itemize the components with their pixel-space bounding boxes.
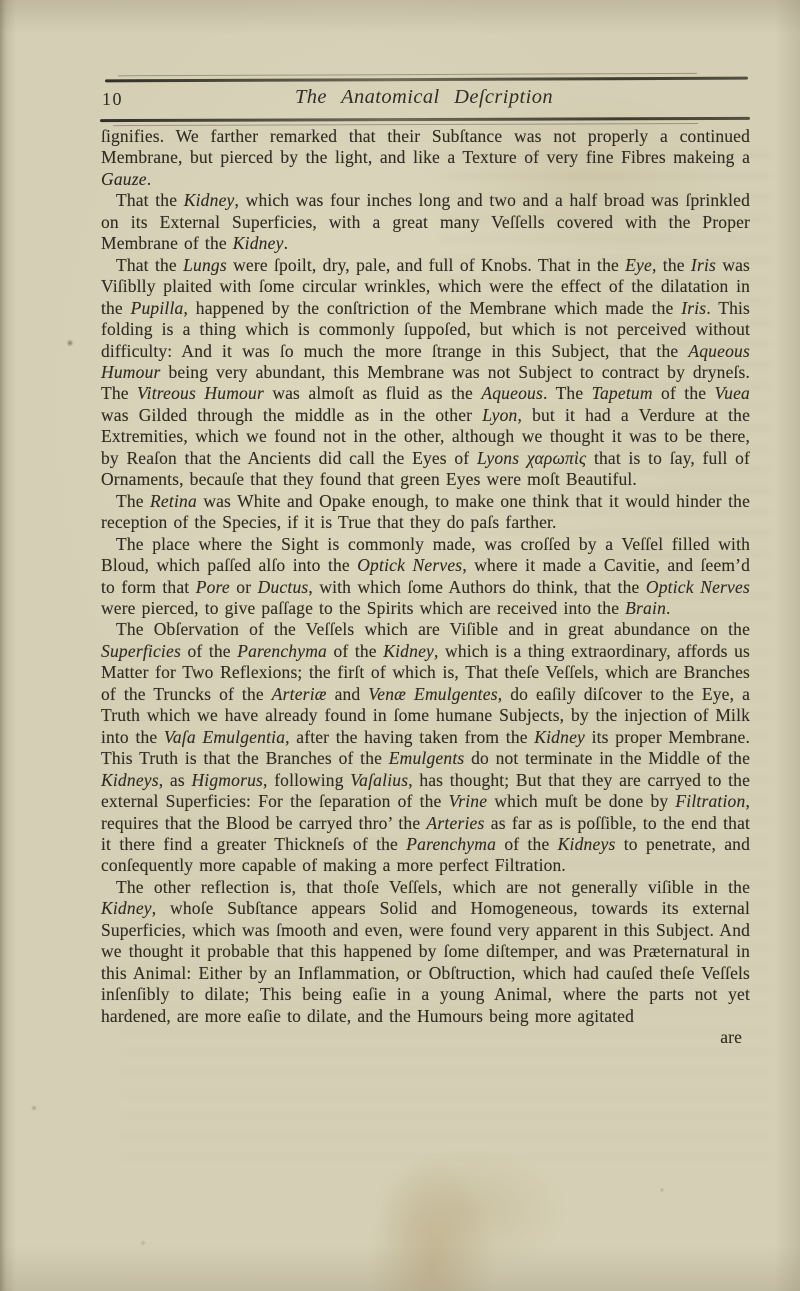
body-run: , with which ſome Authors do think, that… — [308, 577, 645, 597]
italic-term: Kidneys — [558, 834, 616, 854]
italic-term: Kidney — [383, 641, 434, 661]
paragraph: That the Kidney, which was four inches l… — [101, 190, 750, 254]
paragraph: That the Lungs were ſpoilt, dry, pale, a… — [101, 255, 750, 491]
paragraph: ſignifies. We farther remarked that thei… — [101, 126, 750, 190]
paragraph: The place where the Sight is commonly ma… — [101, 534, 750, 620]
italic-term: Tapetum — [592, 383, 653, 403]
italic-term: Aqueous — [481, 383, 543, 403]
italic-term: Vrine — [449, 791, 488, 811]
body-run: , after the having taken from the — [285, 727, 534, 747]
italic-term: Iris — [691, 255, 716, 275]
body-run: The Obſervation of the Veſſels which are… — [116, 619, 750, 639]
body-run: , the — [652, 255, 691, 275]
italic-term: Superficies — [101, 641, 181, 661]
body-run: . — [284, 233, 289, 253]
italic-term: Eye — [625, 255, 652, 275]
italic-term: Lungs — [183, 255, 227, 275]
body-run: was almoſt as fluid as the — [264, 383, 481, 403]
italic-term: Gauze — [101, 169, 147, 189]
book-page-scan: { "page": { "number": "10", "running_tit… — [0, 0, 800, 1291]
italic-term: Iris — [681, 298, 706, 318]
italic-term: Lyon — [482, 405, 517, 425]
italic-term: Retina — [150, 491, 197, 511]
italic-term: Venæ Emulgentes — [368, 684, 497, 704]
italic-term: Vitreous Humour — [137, 383, 264, 403]
body-run: and — [327, 684, 369, 704]
body-run: of the — [496, 834, 558, 854]
body-run: of the — [327, 641, 383, 661]
body-run: of the — [653, 383, 715, 403]
italic-term: Kidney — [534, 727, 585, 747]
paragraph: The Retina was White and Opake enough, t… — [101, 491, 750, 534]
italic-term: Filtration — [675, 791, 745, 811]
body-run: , as — [159, 770, 192, 790]
body-run: , whoſe Subſtance appears Solid and Homo… — [101, 898, 750, 1025]
italic-term: Parenchyma — [237, 641, 327, 661]
body-run: That the — [116, 255, 183, 275]
body-run: . — [147, 169, 152, 189]
italic-term: Kidney — [233, 233, 284, 253]
body-run: That the — [116, 190, 184, 210]
body-run: were pierced, to give paſſage to the Spi… — [101, 598, 625, 618]
body-run: of the — [181, 641, 237, 661]
running-title: The Anatomical Deſcription — [100, 86, 748, 109]
italic-term: Arteries — [427, 813, 485, 833]
italic-term: Arteriæ — [272, 684, 327, 704]
italic-term: Kidney — [184, 190, 235, 210]
body-text: ſignifies. We farther remarked that thei… — [101, 126, 750, 1048]
paragraph: The other reflection is, that thoſe Veſſ… — [101, 877, 750, 1027]
body-run: was Gilded through the middle as in the … — [101, 405, 482, 425]
italic-term: Optick Nerves — [357, 555, 462, 575]
body-run: which muſt be done by — [487, 791, 675, 811]
body-run: do not terminate in the Middle of the — [464, 748, 750, 768]
italic-term: Brain — [625, 598, 666, 618]
italic-term: Vuea — [715, 383, 750, 403]
catchword: are — [101, 1027, 750, 1048]
body-run: . The — [543, 383, 592, 403]
body-run: The other reflection is, that thoſe Veſſ… — [116, 877, 750, 897]
page-number: 10 — [102, 89, 123, 110]
body-run: , happened by the conſtriction of the Me… — [184, 298, 682, 318]
italic-term: Pore — [196, 577, 230, 597]
body-run: The — [116, 491, 150, 511]
italic-term: Kidney — [101, 898, 152, 918]
body-run: were ſpoilt, dry, pale, and full of Knob… — [227, 255, 625, 275]
italic-term: Parenchyma — [406, 834, 496, 854]
italic-term: Ductus — [258, 577, 309, 597]
italic-term: Kidneys — [101, 770, 159, 790]
body-run: or — [230, 577, 258, 597]
italic-term: Higmorus — [191, 770, 263, 790]
paragraph: The Obſervation of the Veſſels which are… — [101, 619, 750, 876]
italic-term: Vaſalius — [350, 770, 408, 790]
body-run: , following — [263, 770, 350, 790]
italic-term: Pupilla — [131, 298, 184, 318]
italic-term: Lyons χαρωπὶς — [477, 448, 586, 468]
body-run: . — [666, 598, 671, 618]
italic-term: Optick Nerves — [646, 577, 750, 597]
body-run: was White and Opake enough, to make one … — [101, 491, 750, 532]
italic-term: Emulgents — [389, 748, 465, 768]
italic-term: Vaſa Emulgentia — [164, 727, 285, 747]
body-run: ſignifies. We farther remarked that thei… — [101, 126, 750, 167]
